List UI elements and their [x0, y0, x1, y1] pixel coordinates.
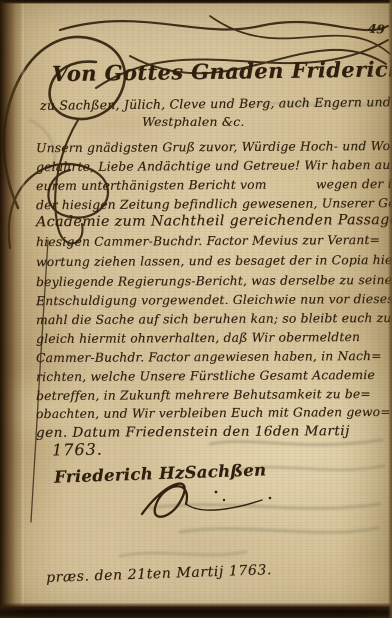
binding-gutter	[0, 0, 26, 618]
letter-body-line: beyliegende Regierungs-Bericht, was ders…	[36, 273, 392, 289]
letter-year: 1763.	[52, 440, 103, 460]
letter-address-line: Westphalen &c.	[142, 114, 245, 129]
letter-body-line: betreffen, in Zukunft mehrere Behutsamke…	[36, 387, 371, 403]
bleedthrough-marks	[0, 0, 392, 618]
letter-heading: Von Gottes Gnaden Friderich Herzog	[52, 55, 392, 86]
letter-body-line: eurem unterthänigsten Bericht vom wegen …	[36, 177, 392, 193]
letter-body-line: mahl die Sache auf sich beruhen kan; so …	[36, 311, 392, 327]
letter-body-line: Unsern gnädigsten Gruß zuvor, Würdige Ho…	[36, 139, 392, 155]
letter-body-line: gelahrte, Liebe Andächtige und Getreue! …	[36, 158, 392, 174]
letter-body-line: Academie zum Nachtheil gereichenden Pass…	[36, 212, 392, 230]
signature: Friederich HzSachßen	[54, 460, 267, 486]
scan-edge-top	[0, 0, 392, 4]
paper-texture	[0, 0, 392, 618]
page-number: 49	[368, 21, 386, 36]
presentation-note: præs. den 21ten Martij 1763.	[46, 562, 272, 586]
letter-body-line: der hiesigen Zeitung befindlich gewesene…	[36, 196, 392, 212]
paper-stains	[0, 0, 392, 618]
letter-date-line: gen. Datum Friedenstein den 16den Martij	[36, 423, 350, 441]
letter-body-line: obachten, und Wir verbleiben Euch mit Gn…	[36, 405, 391, 421]
letter-address-line: zu Sachßen, Jülich, Cleve und Berg, auch…	[40, 94, 391, 113]
scan-edge-right	[388, 0, 392, 618]
letter-body-line: wortung ziehen lassen, und es besaget de…	[36, 253, 392, 269]
letter-body-line: hiesigen Cammer-Buchdr. Factor Mevius zu…	[36, 233, 380, 249]
scan-edge-bottom	[0, 603, 392, 618]
letter-body-line: richten, welche Unsere Fürstliche Gesamt…	[36, 368, 375, 384]
paper-crease	[21, 0, 25, 618]
letter-body-line: gleich hiermit ohnverhalten, daß Wir obe…	[36, 330, 360, 346]
letter-body-line: Cammer-Buchdr. Factor angewiesen haben, …	[36, 349, 382, 365]
scan-vignette	[0, 0, 392, 618]
calligraphic-flourish	[0, 0, 392, 618]
signature-paraph	[142, 484, 271, 517]
manuscript-scan: 49 Von Gottes Gnaden Friderich Herzog zu…	[0, 0, 392, 618]
letter-body-line: Entschuldigung vorgewendet. Gleichwie nu…	[36, 292, 392, 308]
